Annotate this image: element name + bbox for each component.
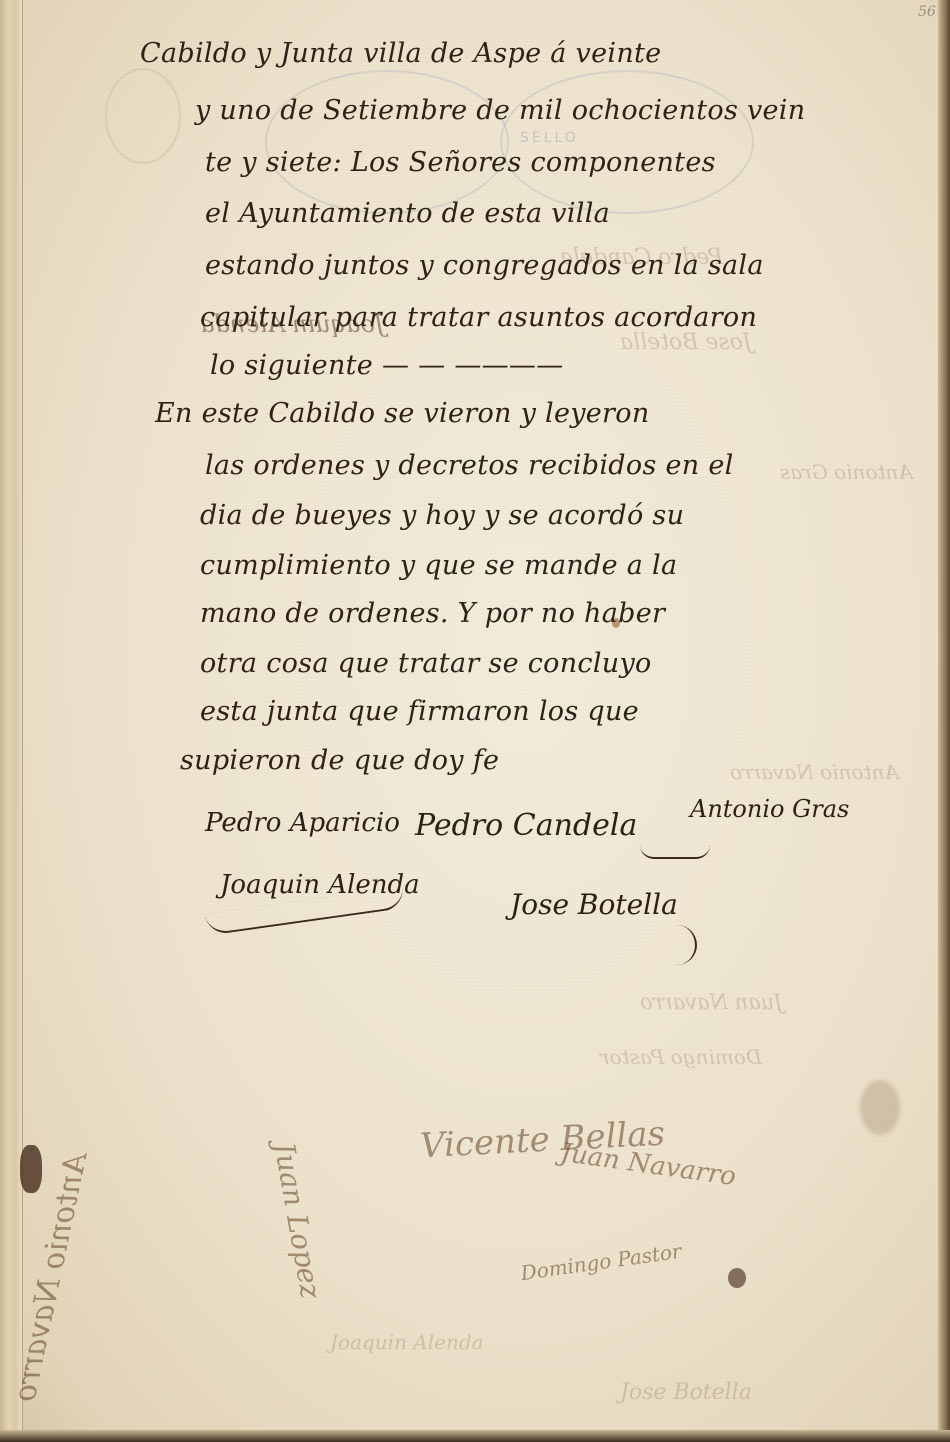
text-line: otra cosa que tratar se concluyo (200, 648, 652, 679)
text-line: lo siguiente — — ———— (210, 350, 564, 381)
signature-rubric (640, 845, 710, 859)
main-text: Cabildo y Junta villa de Aspe á veinte y… (0, 0, 950, 1442)
signature-pedro-candela: Pedro Candela (415, 808, 637, 843)
text-line: dia de bueyes y hoy y se acordó su (200, 500, 684, 531)
text-line: En este Cabildo se vieron y leyeron (155, 398, 650, 429)
text-line: supieron de que doy fe (180, 745, 499, 776)
text-line: estando juntos y congregados en la sala (205, 250, 764, 281)
text-line: capitular para tratar asuntos acordaron (200, 302, 757, 333)
text-line: cumplimiento y que se mande a la (200, 550, 677, 581)
text-line: te y siete: Los Señores componentes (205, 147, 716, 178)
signature-pedro-aparicio: Pedro Aparicio (205, 808, 400, 838)
text-line: y uno de Setiembre de mil ochocientos ve… (195, 95, 805, 126)
signature-antonio-gras: Antonio Gras (690, 795, 849, 823)
text-line: el Ayuntamiento de esta villa (205, 198, 610, 229)
text-line: esta junta que firmaron los que (200, 696, 639, 727)
signature-jose-botella: Jose Botella (510, 888, 678, 921)
text-line: mano de ordenes. Y por no haber (200, 598, 665, 629)
manuscript-page: 56 SELLO Pedro Candela Joaquin Alenda Jo… (0, 0, 950, 1442)
text-line: las ordenes y decretos recibidos en el (205, 450, 734, 481)
text-line: Cabildo y Junta villa de Aspe á veinte (140, 38, 661, 69)
